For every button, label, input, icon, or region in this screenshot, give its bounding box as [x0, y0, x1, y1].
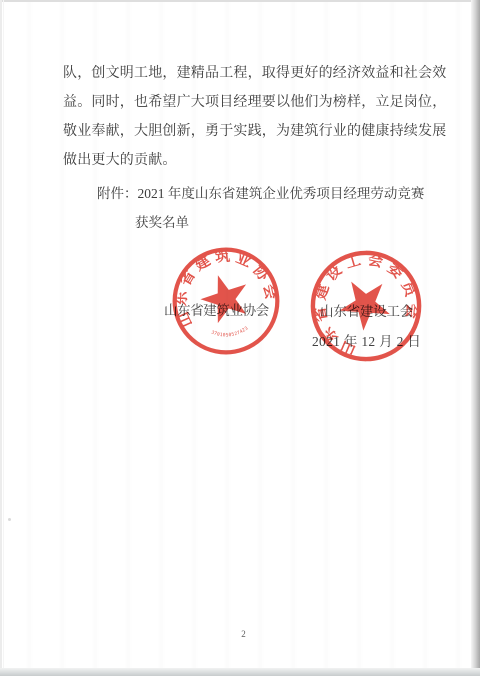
svg-text:3701050527423: 3701050527423 [209, 323, 250, 342]
scan-speck [8, 518, 11, 521]
body-paragraph-line: 队，创文明工地，建精品工程，取得更好的经济效益和社会效 [63, 66, 453, 82]
attachment-line: 附件：2021 年度山东省建筑企业优秀项目经理劳动竞赛 [97, 186, 424, 202]
seal-serial-number: 3701050527423 [209, 323, 250, 342]
scan-edge-bottom [0, 668, 480, 676]
star-icon [195, 268, 255, 326]
attachment-title-line1: 2021 年度山东省建筑企业优秀项目经理劳动竞赛 [138, 186, 425, 201]
body-paragraph-line: 做出更大的贡献。 [63, 153, 453, 169]
body-paragraph-line: 敬业奉献，大胆创新，勇于实践，为建筑行业的健康持续发展 [63, 124, 453, 140]
seal-graphic: 山东省建设工会委员会 [289, 229, 443, 383]
scan-edge-right [471, 0, 480, 676]
seal-graphic: 山东省建筑业协会 3701050527423 [161, 236, 291, 366]
official-seal-association: 山东省建筑业协会 3701050527423 [161, 236, 291, 366]
attachment-title-line2: 获奖名单 [135, 215, 189, 231]
scanned-document-page: 队，创文明工地，建精品工程，取得更好的经济效益和社会效 益。同时，也希望广大项目… [0, 0, 480, 676]
body-paragraph-line: 益。同时，也希望广大项目经理要以他们为榜样，立足岗位， [63, 95, 453, 111]
page-number: 2 [0, 629, 480, 639]
scan-edge-top [0, 0, 480, 2]
attachment-label: 附件： [97, 186, 138, 201]
scan-edge-left [0, 0, 2, 676]
official-seal-union: 山东省建设工会委员会 [289, 229, 443, 383]
scan-edge-left-line [3, 0, 4, 676]
